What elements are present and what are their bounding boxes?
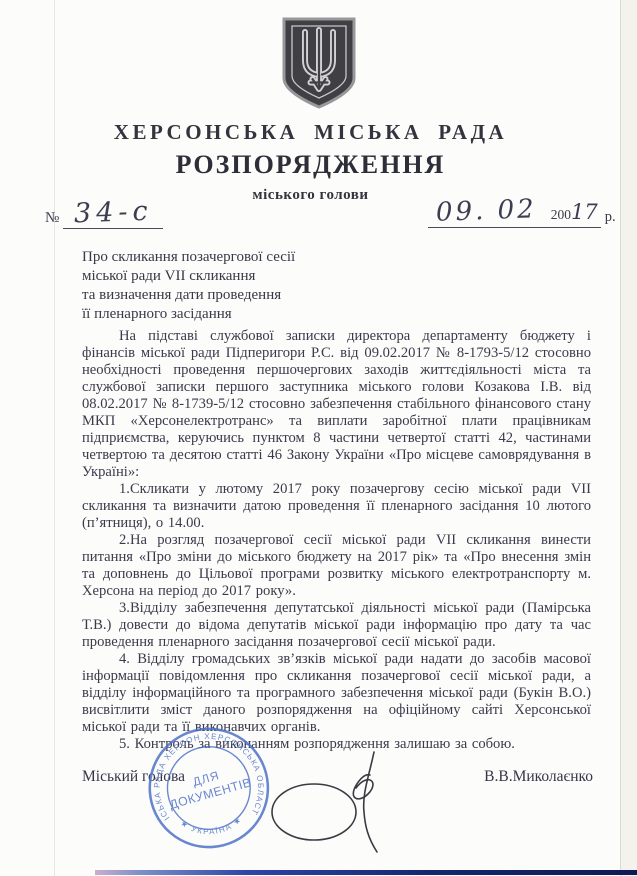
subject-line: Про скликання позачергової сесії [82, 248, 295, 267]
stamp-ring-text-bottom: ★ УКРАЇНА ★ [178, 814, 245, 838]
body-paragraph: 1.Скликати у лютому 2017 року позачергов… [82, 481, 591, 532]
number-field: 34-с [63, 198, 163, 229]
official-stamp: МІСЬКА РАДА ХЕРСОН ХЕРСОНСЬКА ОБЛАСТЬ ★ … [142, 721, 277, 860]
number-sign: № [45, 210, 59, 229]
scan-bottom-edge-strip [95, 870, 637, 875]
organization-name: ХЕРСОНСЬКА МІСЬКА РАДА [0, 120, 621, 145]
document-body: На підставі службової записки директора … [82, 328, 591, 753]
year-suffix-label: р. [605, 209, 616, 228]
signer-name: В.В.Миколаєнко [484, 768, 593, 786]
document-type-title: РОЗПОРЯДЖЕННЯ [0, 150, 621, 180]
subject-block: Про скликання позачергової сесії міської… [82, 248, 295, 324]
subject-line: її пленарного засідання [82, 305, 295, 324]
signature-stroke-icon [262, 748, 402, 856]
trident-shield-icon [277, 16, 361, 110]
round-stamp-icon: МІСЬКА РАДА ХЕРСОН ХЕРСОНСЬКА ОБЛАСТЬ ★ … [142, 721, 276, 855]
scan-page-edge [620, 0, 637, 876]
handwritten-signature [262, 748, 402, 861]
date-field: 09. 02 200 17 [428, 196, 601, 228]
document-number-group: № 34-с [45, 198, 163, 229]
coat-of-arms-emblem [277, 16, 361, 115]
subject-line: та визначення дати проведення [82, 286, 295, 305]
number-handwritten-value: 34-с [74, 197, 154, 230]
body-paragraph: На підставі службової записки директора … [82, 328, 591, 481]
scanned-document-page: ХЕРСОНСЬКА МІСЬКА РАДА РОЗПОРЯДЖЕННЯ міс… [0, 0, 637, 876]
date-handwritten-value: 09. 02 [436, 194, 538, 227]
subject-line: міської ради VII скликання [82, 267, 295, 286]
year-handwritten-value: 17 [571, 200, 598, 224]
body-paragraph: 3.Відділу забезпечення депутатської діял… [82, 600, 591, 651]
document-date-group: 09. 02 200 17 р. [428, 196, 616, 228]
body-paragraph: 4. Відділу громадських зв’язків міської … [82, 651, 591, 736]
year-printed-prefix: 200 [551, 207, 571, 223]
svg-text:★ УКРАЇНА ★: ★ УКРАЇНА ★ [178, 814, 245, 838]
body-paragraph: 2.На розгляд позачергової сесії міської … [82, 532, 591, 600]
